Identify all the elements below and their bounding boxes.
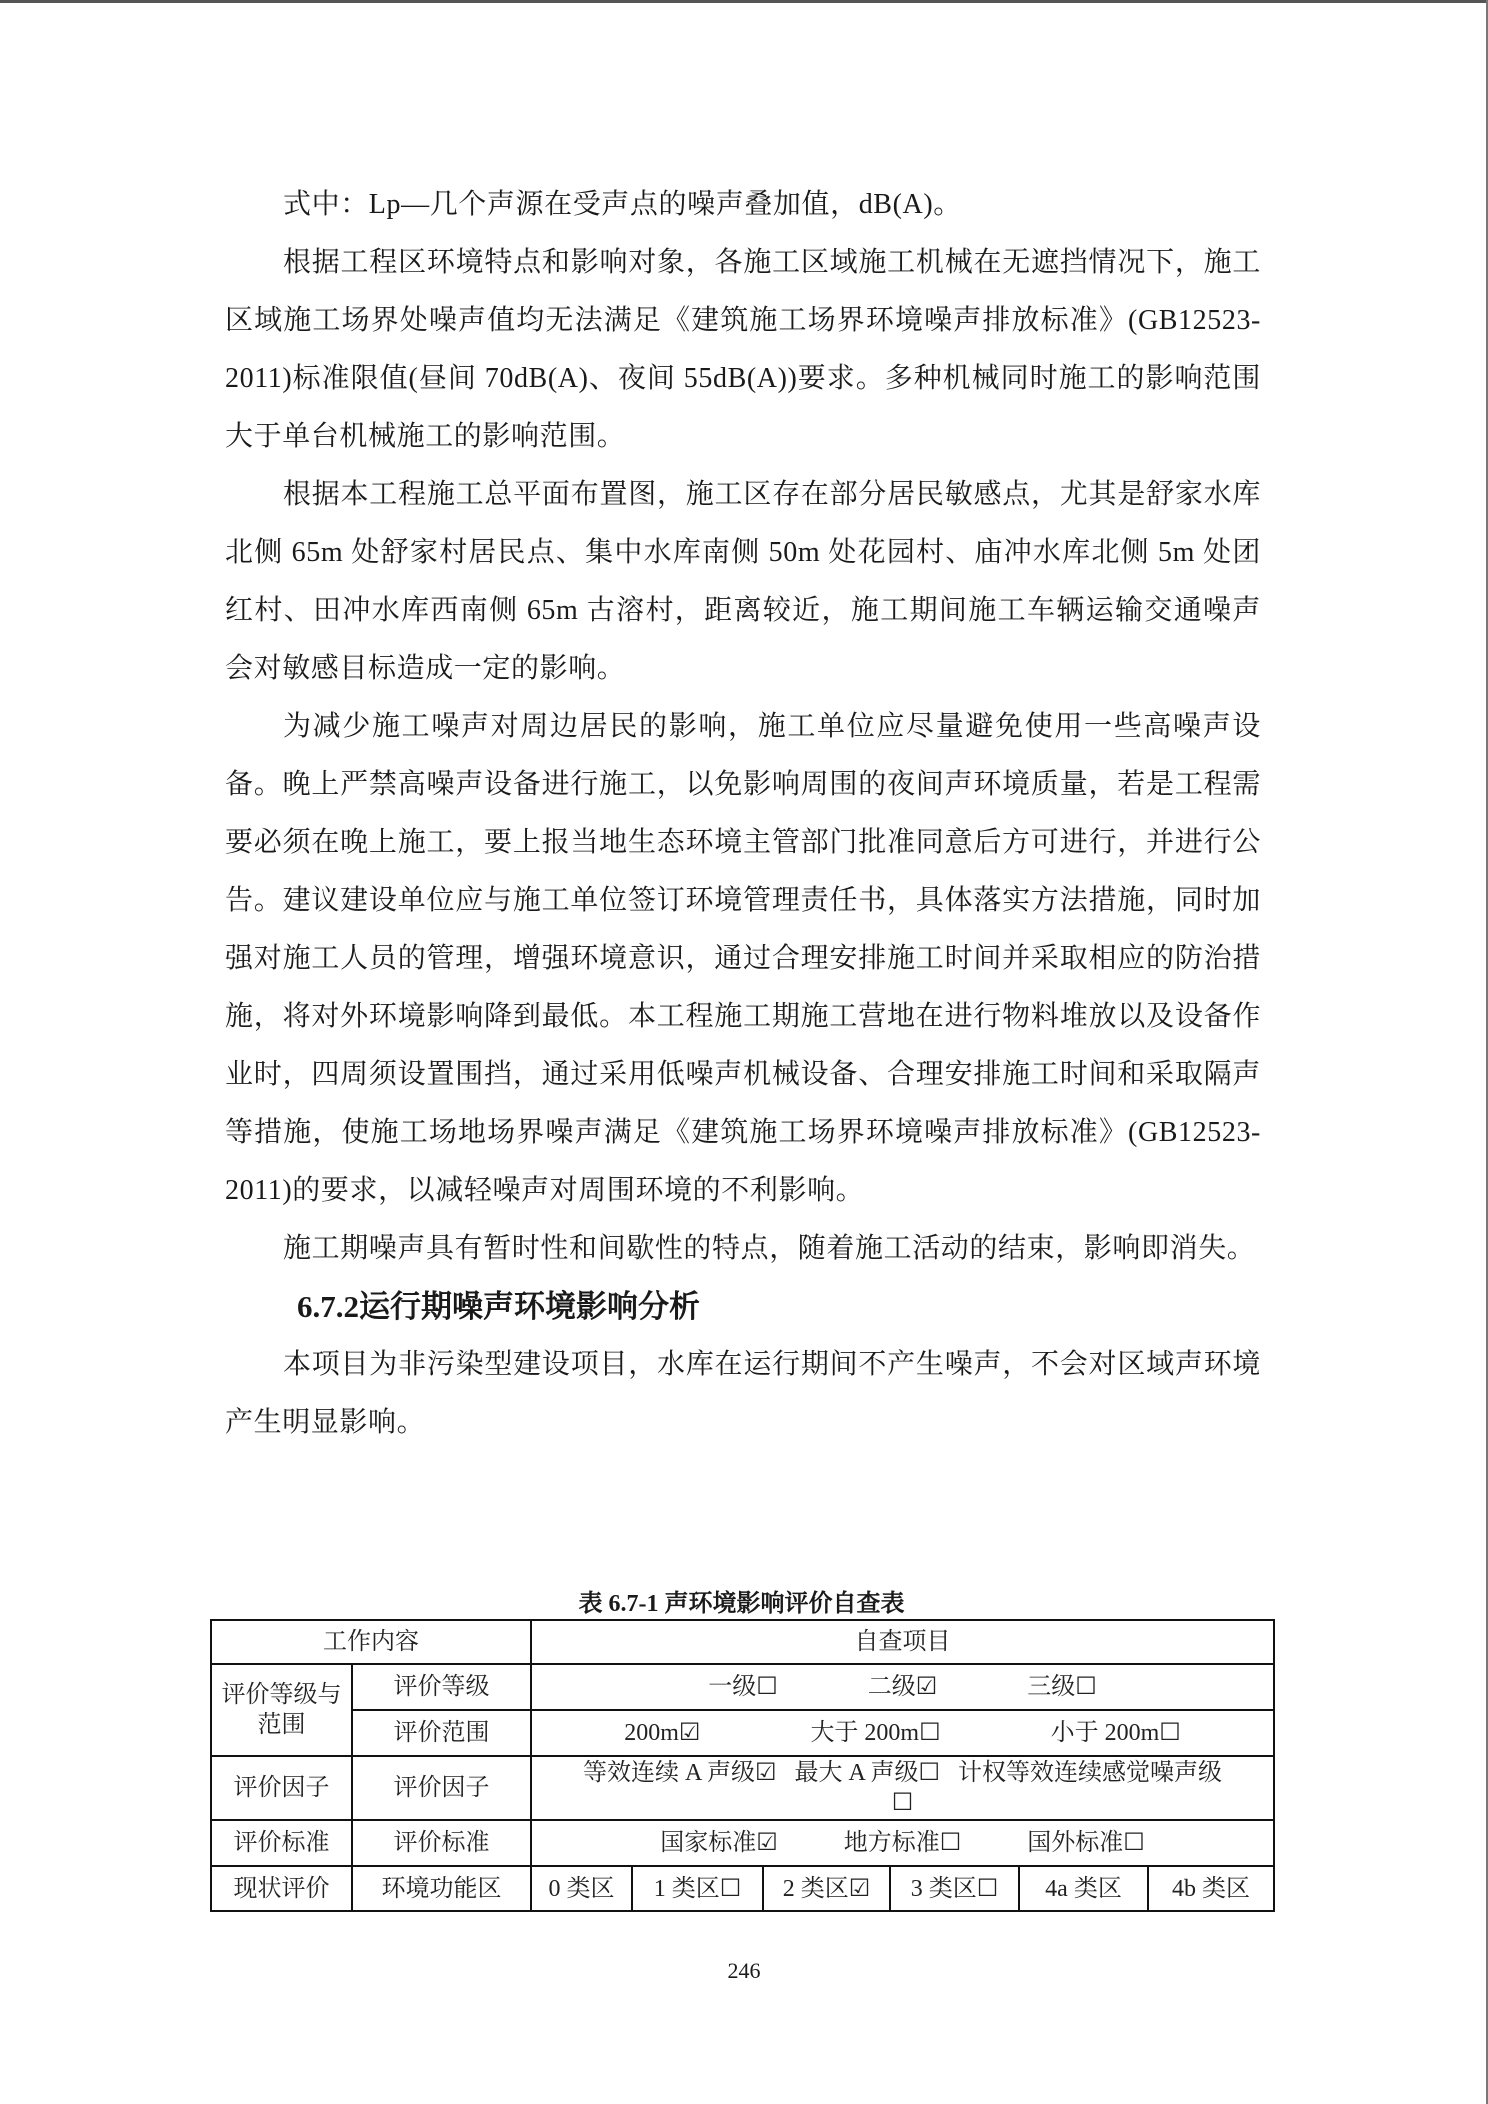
zone-2[interactable]: 2 类区☑ [763,1866,890,1911]
section-heading: 6.7.2运行期噪声环境影响分析 [225,1278,1261,1336]
paragraph-mitigation-measures: 为减少施工噪声对周边居民的影响，施工单位应尽量避免使用一些高噪声设备。晚上严禁高… [225,698,1261,1220]
option-grade-2[interactable]: 二级☑ [868,1672,938,1702]
factor-options-line2[interactable]: ☐ [536,1788,1269,1818]
option-grade-1[interactable]: 一级☐ [708,1672,778,1702]
group-grade-scope: 评价等级与范围 [211,1664,352,1756]
option-standard-national[interactable]: 国家标准☑ [660,1828,778,1858]
table-row-factor: 评价因子 评价因子 等效连续 A 声级☑ 最大 A 声级☐ 计权等效连续感觉噪声… [211,1756,1274,1820]
table-row-standard: 评价标准 评价标准 国家标准☑ 地方标准☐ 国外标准☐ [211,1820,1274,1866]
header-work-content: 工作内容 [211,1620,531,1664]
table-row-scope: 评价范围 200m☑ 大于 200m☐ 小于 200m☐ [211,1710,1274,1756]
group-standard: 评价标准 [211,1820,352,1866]
group-factor: 评价因子 [211,1756,352,1820]
table-caption: 表 6.7-1 声环境影响评价自查表 [210,1590,1273,1618]
scope-options: 200m☑ 大于 200m☐ 小于 200m☐ [531,1710,1274,1756]
zone-0[interactable]: 0 类区 [531,1866,632,1911]
zone-3[interactable]: 3 类区☐ [890,1866,1019,1911]
document-body: 式中：Lp—几个声源在受声点的噪声叠加值，dB(A)。 根据工程区环境特点和影响… [225,176,1261,1452]
option-scope-less[interactable]: 小于 200m☐ [1051,1718,1181,1748]
option-scope-greater[interactable]: 大于 200m☐ [810,1718,940,1748]
factor-options: 等效连续 A 声级☑ 最大 A 声级☐ 计权等效连续感觉噪声级 ☐ [531,1756,1274,1820]
paragraph-operation-noise: 本项目为非污染型建设项目，水库在运行期间不产生噪声，不会对区域声环境产生明显影响… [225,1336,1261,1452]
option-standard-local[interactable]: 地方标准☐ [844,1828,962,1858]
group-status: 现状评价 [211,1866,352,1911]
paragraph-formula-note: 式中：Lp—几个声源在受声点的噪声叠加值，dB(A)。 [225,176,1261,234]
paragraph-construction-noise-standard: 根据工程区环境特点和影响对象，各施工区域施工机械在无遮挡情况下，施工区域施工场界… [225,234,1261,466]
option-scope-200m[interactable]: 200m☑ [624,1718,700,1748]
noise-self-check-table: 工作内容 自查项目 评价等级与范围 评价等级 一级☐ 二级☑ 三级☐ 评价范围 … [210,1619,1275,1912]
table-row-grade: 评价等级与范围 评价等级 一级☐ 二级☑ 三级☐ [211,1664,1274,1710]
grade-options: 一级☐ 二级☑ 三级☐ [531,1664,1274,1710]
label-functional-zone: 环境功能区 [352,1866,531,1911]
table-row-status: 现状评价 环境功能区 0 类区 1 类区☐ 2 类区☑ 3 类区☐ 4a 类区 … [211,1866,1274,1911]
option-standard-foreign[interactable]: 国外标准☐ [1027,1828,1145,1858]
label-grade: 评价等级 [352,1664,531,1710]
paragraph-temporary-nature: 施工期噪声具有暂时性和间歇性的特点，随着施工活动的结束，影响即消失。 [225,1220,1261,1278]
label-standard: 评价标准 [352,1820,531,1866]
standard-options: 国家标准☑ 地方标准☐ 国外标准☐ [531,1820,1274,1866]
label-factor: 评价因子 [352,1756,531,1820]
table-header-row: 工作内容 自查项目 [211,1620,1274,1664]
zone-4b[interactable]: 4b 类区 [1148,1866,1274,1911]
label-scope: 评价范围 [352,1710,531,1756]
paragraph-sensitive-points: 根据本工程施工总平面布置图，施工区存在部分居民敏感点，尤其是舒家水库北侧 65m… [225,466,1261,698]
page-border-top [0,0,1488,3]
page-number: 246 [0,1958,1488,1984]
option-grade-3[interactable]: 三级☐ [1027,1672,1097,1702]
header-check-items: 自查项目 [531,1620,1274,1664]
factor-options-line1[interactable]: 等效连续 A 声级☑ 最大 A 声级☐ 计权等效连续感觉噪声级 [536,1758,1269,1788]
zone-4a[interactable]: 4a 类区 [1019,1866,1148,1911]
zone-1[interactable]: 1 类区☐ [632,1866,763,1911]
